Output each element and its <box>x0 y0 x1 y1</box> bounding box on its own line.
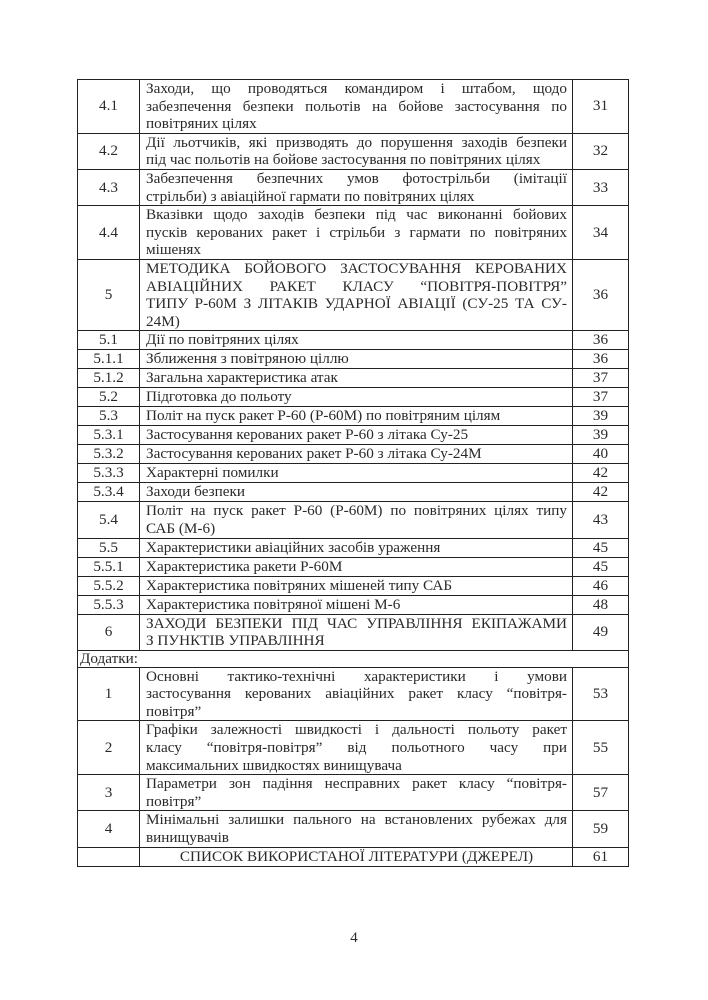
toc-row: 5.3Політ на пуск ракет Р-60 (Р-60М) по п… <box>78 407 629 426</box>
toc-row: 5.1.2Загальна характеристика атак37 <box>78 369 629 388</box>
section-title: Графіки залежності швидкості і дальності… <box>140 721 573 775</box>
toc-row: 5.5.3Характеристика повітряної мішені М-… <box>78 595 629 614</box>
title-line: Характеристика ракети Р-60М <box>146 558 567 576</box>
title-line: повітряних цілях <box>146 115 567 133</box>
toc-row: 5.4Політ на пуск ракет Р-60 (Р-60М) по п… <box>78 502 629 538</box>
page-ref: 57 <box>573 775 629 811</box>
page-ref: 45 <box>573 538 629 557</box>
section-title: МЕТОДИКА БОЙОВОГО ЗАСТОСУВАННЯ КЕРОВАНИХ… <box>140 259 573 330</box>
page-ref: 55 <box>573 721 629 775</box>
page-ref: 61 <box>573 847 629 866</box>
title-line: повітря” <box>146 703 567 721</box>
section-number: 4.1 <box>78 80 140 134</box>
section-number: 5.1.2 <box>78 369 140 388</box>
title-line: Графіки залежності швидкості і дальності… <box>146 721 567 739</box>
section-title: Вказівки щодо заходів безпеки під час ви… <box>140 206 573 260</box>
section-title: Забезпечення безпечних умов фотострільби… <box>140 169 573 205</box>
title-line: винищувачів <box>146 829 567 847</box>
title-line: МЕТОДИКА БОЙОВОГО ЗАСТОСУВАННЯ КЕРОВАНИХ <box>146 260 567 278</box>
table-of-contents: 4.1Заходи, що проводяться командиром і ш… <box>77 79 629 867</box>
section-number: 1 <box>78 667 140 721</box>
section-number: 5.5 <box>78 538 140 557</box>
toc-row: 4.3Забезпечення безпечних умов фотостріл… <box>78 169 629 205</box>
section-title: Характеристика ракети Р-60М <box>140 557 573 576</box>
toc-row: 3Параметри зон падіння несправних ракет … <box>78 775 629 811</box>
title-line: Дії по повітряних цілях <box>146 331 567 349</box>
toc-row: 5.2Підготовка до польоту37 <box>78 388 629 407</box>
title-line: Основні тактико-технічні характеристики … <box>146 668 567 686</box>
title-line: Мінімальні залишки пального на встановле… <box>146 811 567 829</box>
title-line: ЗАХОДИ БЕЗПЕКИ ПІД ЧАС УПРАВЛІННЯ ЕКІПАЖ… <box>146 615 567 633</box>
page-ref: 39 <box>573 407 629 426</box>
appendix-header-row: Додатки: <box>78 650 629 667</box>
section-title: Основні тактико-технічні характеристики … <box>140 667 573 721</box>
title-line: застосування керованих авіаційних ракет … <box>146 685 567 703</box>
section-title: Заходи, що проводяться командиром і штаб… <box>140 80 573 134</box>
page-ref: 39 <box>573 426 629 445</box>
title-line: Загальна характеристика атак <box>146 369 567 387</box>
title-line: 24М) <box>146 313 567 331</box>
section-title: Політ на пуск ракет Р-60 (Р-60М) по пові… <box>140 407 573 426</box>
toc-row: 4.2Дії льотчиків, які призводять до пору… <box>78 133 629 169</box>
section-number: 5.3 <box>78 407 140 426</box>
title-line: пусків керованих ракет і стрільби з гарм… <box>146 224 567 242</box>
title-line: Характерні помилки <box>146 464 567 482</box>
page-ref: 43 <box>573 502 629 538</box>
toc-row: 5МЕТОДИКА БОЙОВОГО ЗАСТОСУВАННЯ КЕРОВАНИ… <box>78 259 629 330</box>
section-number: 5.1.1 <box>78 350 140 369</box>
section-number: 5.3.3 <box>78 464 140 483</box>
toc-row: 5.3.3Характерні помилки42 <box>78 464 629 483</box>
page-ref: 45 <box>573 557 629 576</box>
title-line: З ПУНКТІВ УПРАВЛІННЯ <box>146 632 567 650</box>
title-line: Політ на пуск ракет Р-60 (Р-60М) по пові… <box>146 502 567 520</box>
section-title: Заходи безпеки <box>140 483 573 502</box>
title-line: мішенях <box>146 241 567 259</box>
section-number: 5.3.1 <box>78 426 140 445</box>
bibliography-row: СПИСОК ВИКОРИСТАНОЇ ЛІТЕРАТУРИ (ДЖЕРЕЛ)6… <box>78 847 629 866</box>
section-number: 5.5.2 <box>78 576 140 595</box>
section-title: Застосування керованих ракет Р-60 з літа… <box>140 426 573 445</box>
section-title: Застосування керованих ракет Р-60 з літа… <box>140 445 573 464</box>
title-line: стрільби) з авіаційної гармати по повітр… <box>146 188 567 206</box>
page-ref: 42 <box>573 464 629 483</box>
title-line: Підготовка до польоту <box>146 388 567 406</box>
title-line: забезпечення безпеки польотів на бойове … <box>146 98 567 116</box>
page-ref: 34 <box>573 206 629 260</box>
section-title: Зближення з повітряною ціллю <box>140 350 573 369</box>
section-title: Характеристики авіаційних засобів уражен… <box>140 538 573 557</box>
section-title: Мінімальні залишки пального на встановле… <box>140 811 573 847</box>
title-line: Характеристики авіаційних засобів уражен… <box>146 539 567 557</box>
section-title: Дії по повітряних цілях <box>140 331 573 350</box>
toc-row: 5.3.2Застосування керованих ракет Р-60 з… <box>78 445 629 464</box>
page-ref: 31 <box>573 80 629 134</box>
section-title: Дії льотчиків, які призводять до порушен… <box>140 133 573 169</box>
toc-row: 2Графіки залежності швидкості і дальност… <box>78 721 629 775</box>
section-title: ЗАХОДИ БЕЗПЕКИ ПІД ЧАС УПРАВЛІННЯ ЕКІПАЖ… <box>140 614 573 650</box>
toc-row: 5.5.1Характеристика ракети Р-60М45 <box>78 557 629 576</box>
section-title: Характерні помилки <box>140 464 573 483</box>
appendix-label: Додатки: <box>78 650 629 667</box>
section-number: 5 <box>78 259 140 330</box>
title-line: Характеристика повітряних мішеней типу С… <box>146 577 567 595</box>
section-title: Політ на пуск ракет Р-60 (Р-60М) по пові… <box>140 502 573 538</box>
page-ref: 49 <box>573 614 629 650</box>
section-number: 6 <box>78 614 140 650</box>
page-ref: 32 <box>573 133 629 169</box>
toc-row: 4.4Вказівки щодо заходів безпеки під час… <box>78 206 629 260</box>
title-line: САБ (М-6) <box>146 520 567 538</box>
toc-row: 1Основні тактико-технічні характеристики… <box>78 667 629 721</box>
page-ref: 36 <box>573 350 629 369</box>
page-ref: 48 <box>573 595 629 614</box>
page-ref: 37 <box>573 369 629 388</box>
toc-row: 5.1.1Зближення з повітряною ціллю36 <box>78 350 629 369</box>
title-line: Дії льотчиків, які призводять до порушен… <box>146 134 567 152</box>
page-ref: 53 <box>573 667 629 721</box>
section-title: Характеристика повітряної мішені М-6 <box>140 595 573 614</box>
page-ref: 36 <box>573 259 629 330</box>
toc-row: 5.5Характеристики авіаційних засобів ура… <box>78 538 629 557</box>
page-ref: 59 <box>573 811 629 847</box>
title-line: класу “повітря-повітря” від польотного ч… <box>146 739 567 757</box>
title-line: Застосування керованих ракет Р-60 з літа… <box>146 426 567 444</box>
title-line: максимальних швидкостях винищувача <box>146 757 567 775</box>
title-line: Заходи, що проводяться командиром і штаб… <box>146 80 567 98</box>
title-line: АВІАЦІЙНИХ РАКЕТ КЛАСУ “ПОВІТРЯ-ПОВІТРЯ” <box>146 278 567 296</box>
section-number: 2 <box>78 721 140 775</box>
section-number: 5.3.4 <box>78 483 140 502</box>
toc-row: 5.3.1Застосування керованих ракет Р-60 з… <box>78 426 629 445</box>
title-line: Забезпечення безпечних умов фотострільби… <box>146 170 567 188</box>
section-title: Підготовка до польоту <box>140 388 573 407</box>
title-line: Параметри зон падіння несправних ракет к… <box>146 775 567 793</box>
section-number: 5.5.1 <box>78 557 140 576</box>
toc-row: 5.1Дії по повітряних цілях36 <box>78 331 629 350</box>
section-number: 5.2 <box>78 388 140 407</box>
page-number: 4 <box>0 930 708 947</box>
page-ref: 37 <box>573 388 629 407</box>
page-ref: 42 <box>573 483 629 502</box>
page-ref: 36 <box>573 331 629 350</box>
title-line: Характеристика повітряної мішені М-6 <box>146 596 567 614</box>
toc-row: 4.1Заходи, що проводяться командиром і ш… <box>78 80 629 134</box>
title-line: Політ на пуск ракет Р-60 (Р-60М) по пові… <box>146 407 567 425</box>
title-line: повітря” <box>146 793 567 811</box>
section-number: 5.1 <box>78 331 140 350</box>
toc-row: 6ЗАХОДИ БЕЗПЕКИ ПІД ЧАС УПРАВЛІННЯ ЕКІПА… <box>78 614 629 650</box>
section-title: Характеристика повітряних мішеней типу С… <box>140 576 573 595</box>
section-number: 4.2 <box>78 133 140 169</box>
section-number: 5.3.2 <box>78 445 140 464</box>
section-number: 5.4 <box>78 502 140 538</box>
title-line: Зближення з повітряною ціллю <box>146 350 567 368</box>
section-number: 5.5.3 <box>78 595 140 614</box>
title-line: під час польотів на бойове застосування … <box>146 151 567 169</box>
toc-row: 5.5.2Характеристика повітряних мішеней т… <box>78 576 629 595</box>
section-title: Загальна характеристика атак <box>140 369 573 388</box>
title-line: Вказівки щодо заходів безпеки під час ви… <box>146 206 567 224</box>
section-title: Параметри зон падіння несправних ракет к… <box>140 775 573 811</box>
page-ref: 46 <box>573 576 629 595</box>
toc-row: 5.3.4Заходи безпеки42 <box>78 483 629 502</box>
section-number: 4.3 <box>78 169 140 205</box>
section-number <box>78 847 140 866</box>
title-line: Заходи безпеки <box>146 483 567 501</box>
title-line: Застосування керованих ракет Р-60 з літа… <box>146 445 567 463</box>
bibliography-title: СПИСОК ВИКОРИСТАНОЇ ЛІТЕРАТУРИ (ДЖЕРЕЛ) <box>140 847 573 866</box>
toc-row: 4Мінімальні залишки пального на встановл… <box>78 811 629 847</box>
section-number: 3 <box>78 775 140 811</box>
page-ref: 33 <box>573 169 629 205</box>
page-ref: 40 <box>573 445 629 464</box>
section-number: 4 <box>78 811 140 847</box>
title-line: ТИПУ Р-60М З ЛІТАКІВ УДАРНОЇ АВІАЦІЇ (СУ… <box>146 295 567 313</box>
section-number: 4.4 <box>78 206 140 260</box>
